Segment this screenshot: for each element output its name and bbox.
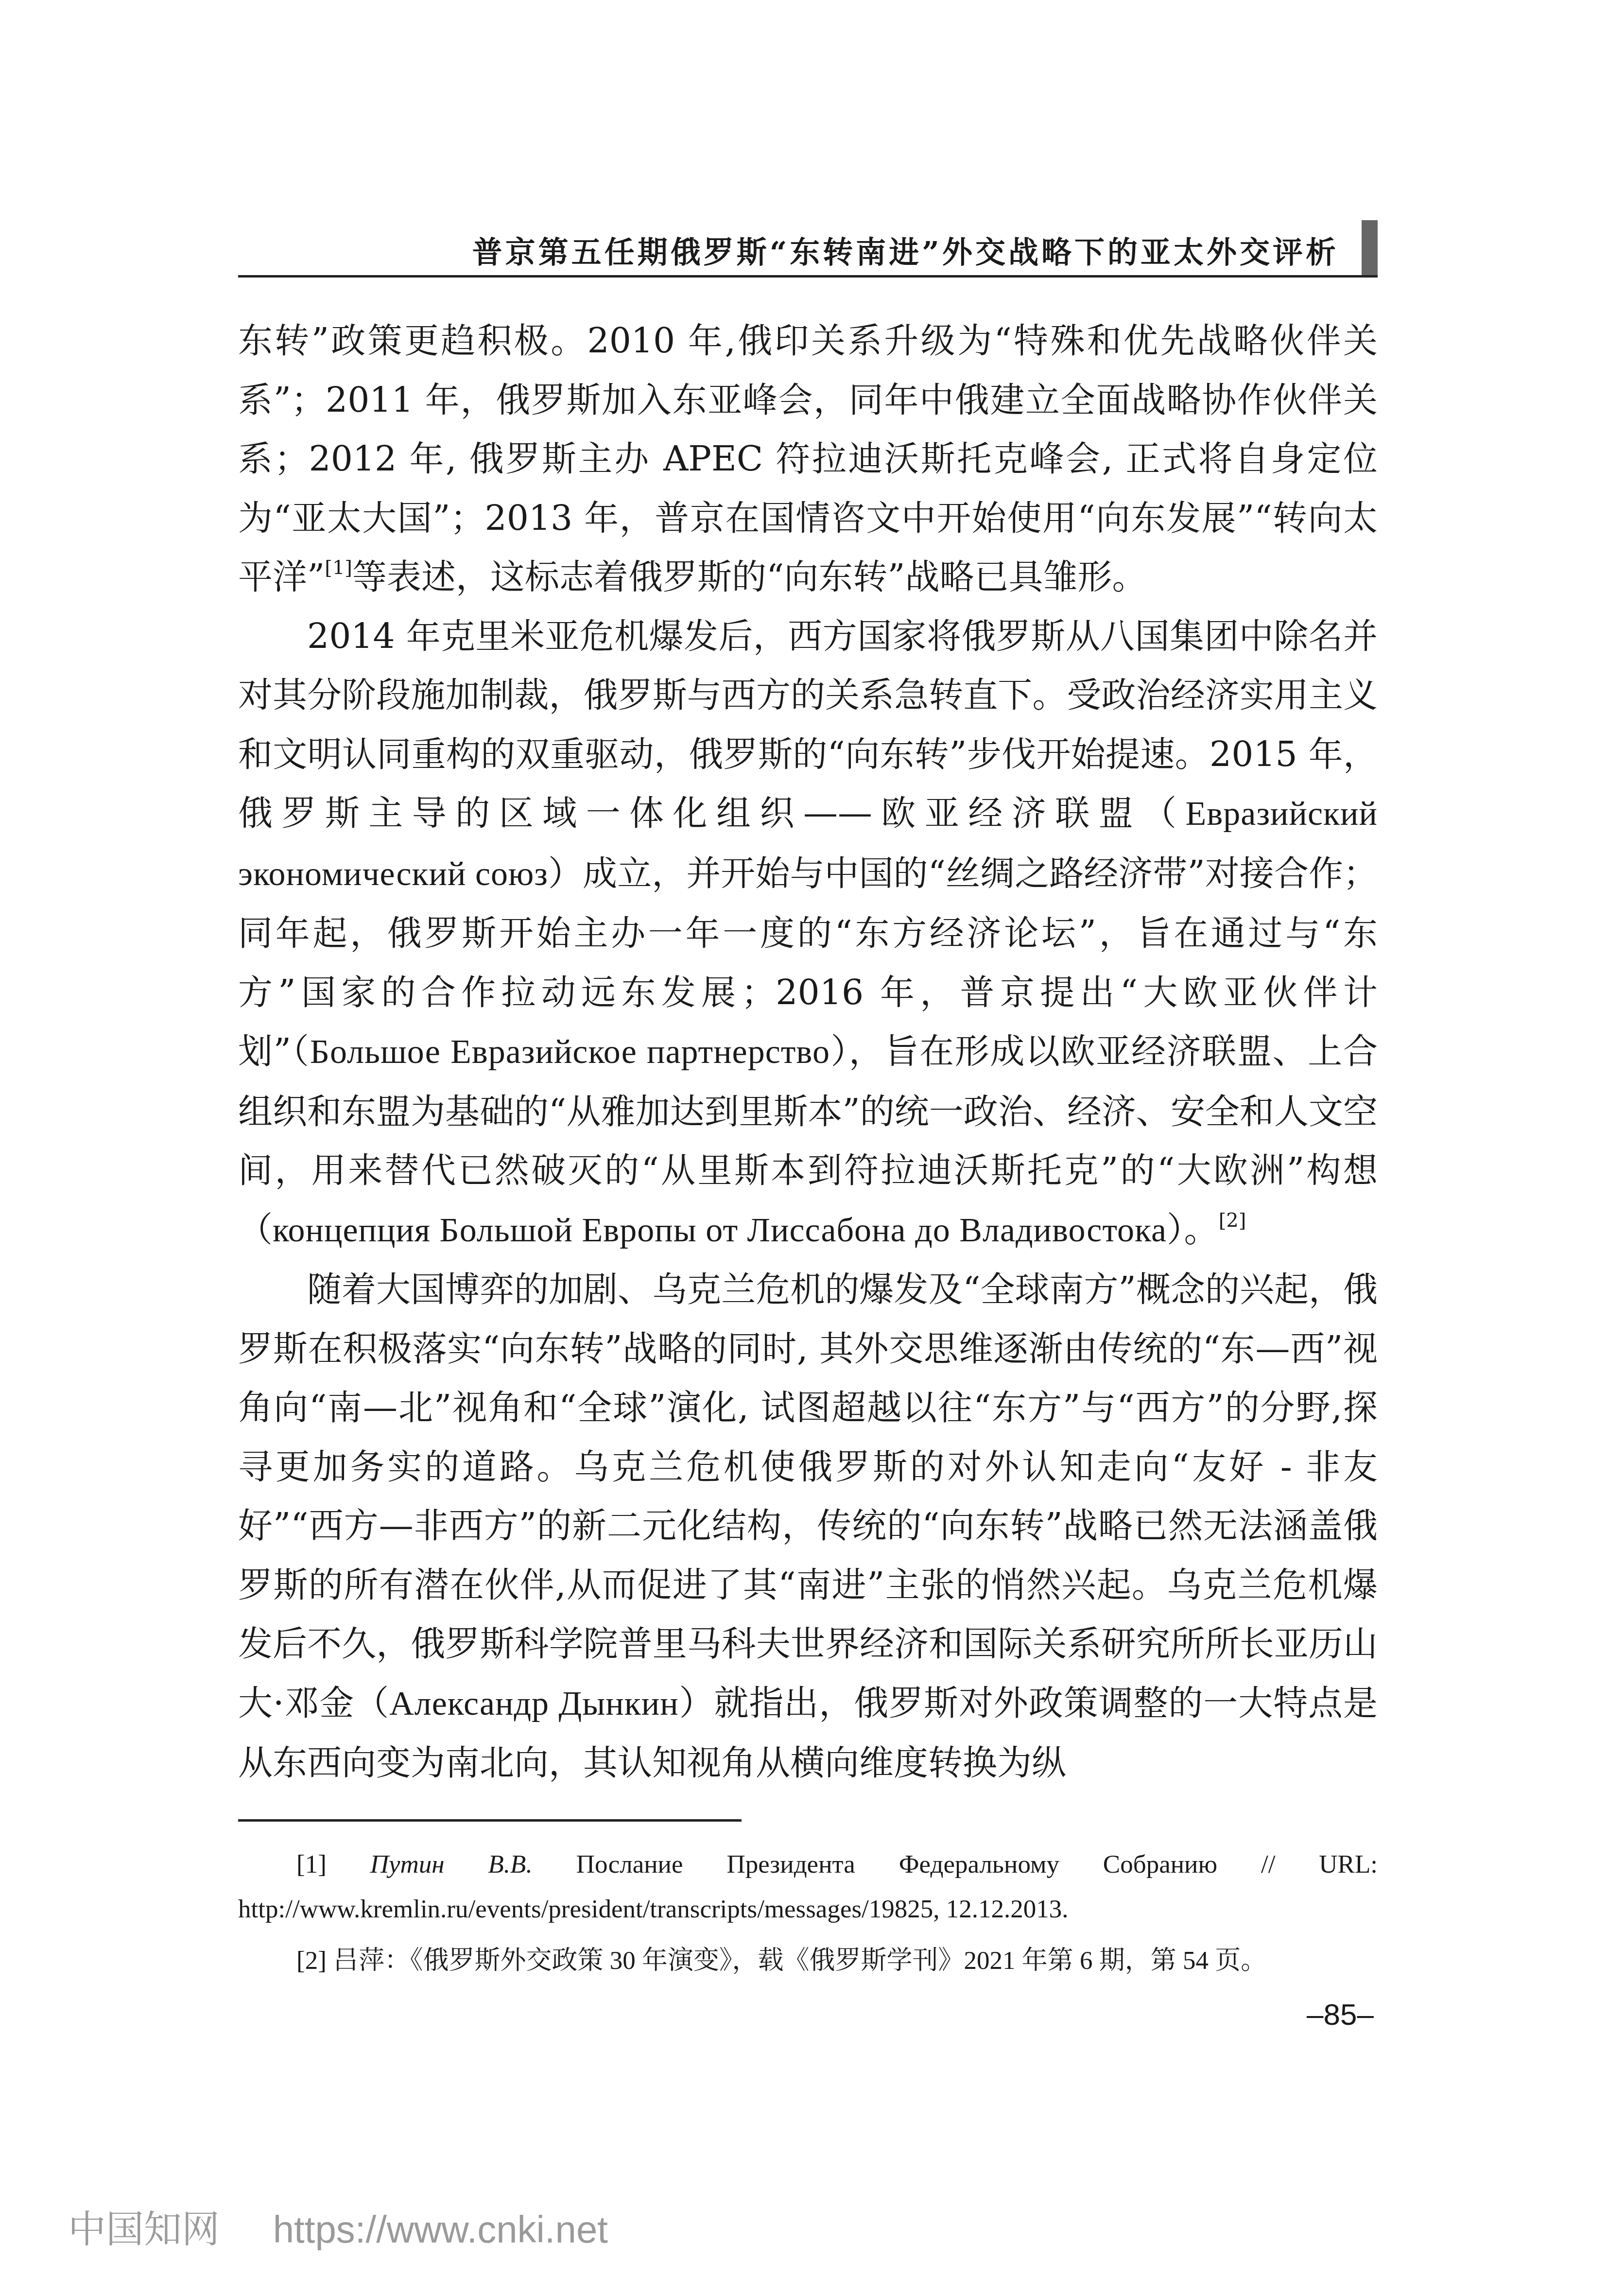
text-run: 等表述，这标志着俄罗斯的“向东转”战略已具雏形。 [352, 557, 1147, 597]
watermark-url: https://www.cnki.net [273, 2208, 608, 2251]
paragraph: 2014 年克里米亚危机爆发后，西方国家将俄罗斯从八国集团中除名并对其分阶段施加… [238, 607, 1378, 1260]
article-body: 东转”政策更趋积极。2010 年,俄印关系升级为“特殊和优先战略伙伴关系”；20… [238, 311, 1378, 1792]
footnote-text: 吕萍：《俄罗斯外交政策 30 年演变》，载《俄罗斯学刊》2021 年第 6 期，… [327, 1947, 1267, 1975]
watermark-name: 中国知网 [68, 2208, 220, 2252]
footnote-reference: [2] [1219, 1209, 1246, 1232]
text-run: ）。 [1167, 1209, 1219, 1250]
russian-term: Александр Дынкин [389, 1685, 678, 1722]
footnote-2: [2] 吕萍：《俄罗斯外交政策 30 年演变》，载《俄罗斯学刊》2021 年第 … [238, 1938, 1378, 1983]
paragraph: 东转”政策更趋积极。2010 年,俄印关系升级为“特殊和优先战略伙伴关系”；20… [238, 311, 1378, 607]
footnote-reference: [1] [325, 557, 352, 579]
header-tab-marker [1362, 220, 1378, 278]
running-head-title: 普京第五任期俄罗斯“东转南进”外交战略下的亚太外交评析 [472, 228, 1339, 272]
russian-term: Большое Евразийское партнерство [310, 1033, 830, 1071]
footnote-separator [238, 1819, 742, 1822]
footnote-marker: [2] [296, 1947, 327, 1975]
footnote-author: Путин В.В. [370, 1850, 533, 1879]
running-head: 普京第五任期俄罗斯“东转南进”外交战略下的亚太外交评析 [238, 214, 1378, 278]
russian-term: концепция Большой Европы от Лиссабона до… [273, 1212, 1167, 1249]
cnki-watermark: 中国知网 https://www.cnki.net [68, 2199, 608, 2254]
text-run: 随着大国博弈的加剧、乌克兰危机的爆发及“全球南方”概念的兴起，俄罗斯在积极落实“… [238, 1269, 1378, 1723]
footnotes: [1] Путин В.В. Послание Президента Федер… [238, 1842, 1378, 1983]
page-number: –85– [1307, 1998, 1374, 2032]
header-rule [238, 275, 1378, 278]
text-run: 东转”政策更趋积极。2010 年,俄印关系升级为“特殊和优先战略伙伴关系”；20… [238, 320, 1378, 597]
paragraph: 随着大国博弈的加剧、乌克兰危机的爆发及“全球南方”概念的兴起，俄罗斯在积极落实“… [238, 1260, 1378, 1792]
footnote-marker: [1] [296, 1850, 327, 1879]
footnote-1: [1] Путин В.В. Послание Президента Федер… [238, 1842, 1378, 1931]
